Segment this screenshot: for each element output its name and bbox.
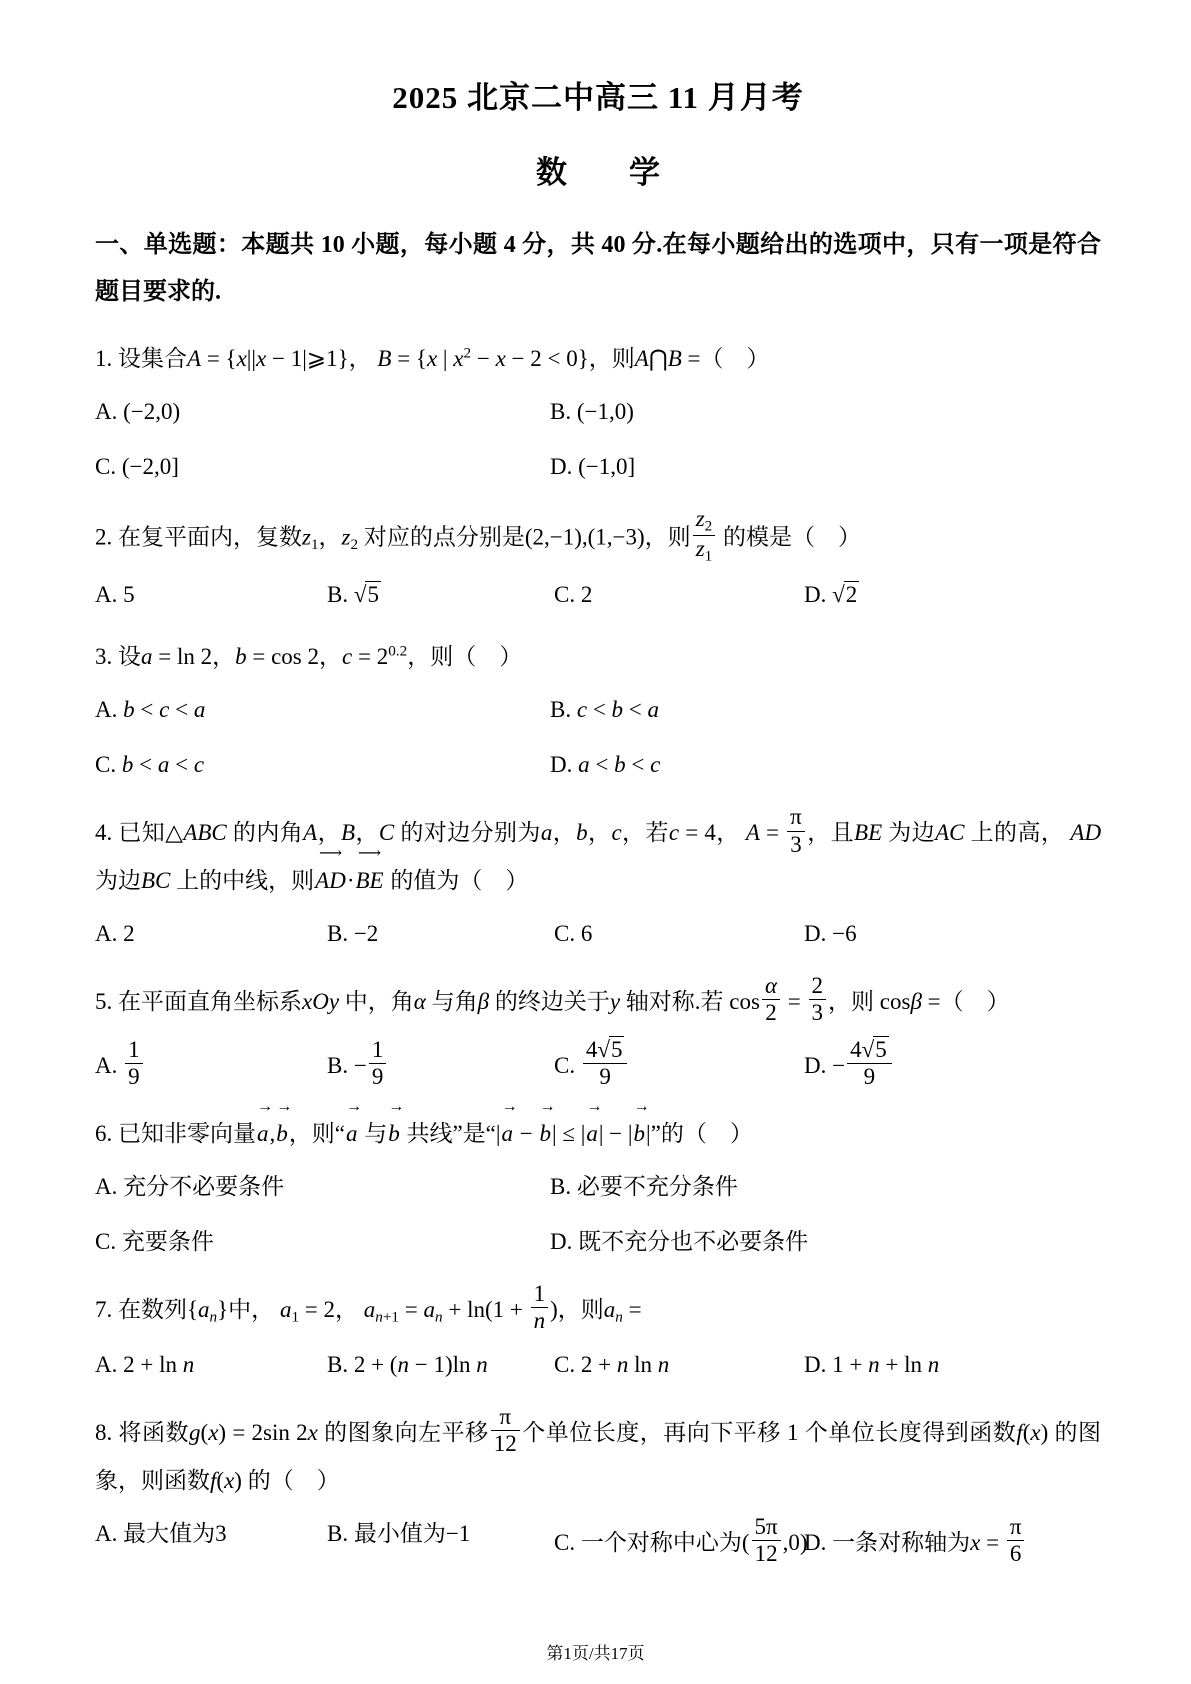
option-b: B. 必要不充分条件: [550, 1167, 1101, 1206]
question-1: 1. 设集合A = {x||x − 1|⩾1}， B = {x | x2 − x…: [95, 336, 1101, 486]
option-d: D. √2: [804, 575, 1101, 614]
question-stem: 3. 设a = ln 2，b = cos 2，c = 20.2，则（ ）: [95, 634, 1101, 680]
question-stem: 7. 在数列{an}中， a1 = 2， an+1 = an + ln(1 + …: [95, 1281, 1101, 1335]
options-grid: A. 2 + ln n B. 2 + (n − 1)ln n C. 2 + n …: [95, 1345, 1101, 1384]
option-d: D. 1 + n + ln n: [804, 1345, 1101, 1384]
option-d: D. (−1,0]: [550, 447, 1101, 486]
exam-page: 2025 北京二中高三 11 月月考 数 学 一、单选题：本题共 10 小题，每…: [0, 0, 1191, 1684]
question-5: 5. 在平面直角坐标系xOy 中，角α 与角β 的终边关于y 轴对称.若 cos…: [95, 973, 1101, 1091]
options-grid: A. 2 B. −2 C. 6 D. −6: [95, 914, 1101, 953]
option-a: A. 19: [95, 1037, 327, 1091]
options-grid: A. 充分不必要条件 B. 必要不充分条件 C. 充要条件 D. 既不充分也不必…: [95, 1167, 1101, 1261]
option-a: A. 2: [95, 914, 327, 953]
option-a: A. 5: [95, 575, 327, 614]
options-grid: A. 19 B. −19 C. 4√59 D. −4√59: [95, 1037, 1101, 1091]
question-stem: 1. 设集合A = {x||x − 1|⩾1}， B = {x | x2 − x…: [95, 336, 1101, 382]
option-d: D. 既不充分也不必要条件: [550, 1222, 1101, 1261]
option-d: D. −4√59: [804, 1037, 1101, 1091]
question-stem: 4. 已知△ABC 的内角A，B，C 的对边分别为a，b，c，若c = 4， A…: [95, 804, 1101, 904]
option-a: A. b < c < a: [95, 690, 550, 729]
question-stem: 8. 将函数g(x) = 2sin 2x 的图象向左平移π12个单位长度，再向下…: [95, 1404, 1101, 1504]
options-grid: A. (−2,0) B. (−1,0) C. (−2,0] D. (−1,0]: [95, 392, 1101, 486]
options-grid: A. 5 B. √5 C. 2 D. √2: [95, 575, 1101, 614]
option-d: D. 一条对称轴为x = π6: [804, 1514, 1101, 1568]
question-stem: 6. 已知非零向量→a,→b，则“→a 与→b 共线”是“|→a − →b| ≤…: [95, 1111, 1101, 1157]
question-2: 2. 在复平面内，复数z1，z2 对应的点分别是(2,−1),(1,−3)，则z…: [95, 506, 1101, 614]
question-6: 6. 已知非零向量→a,→b，则“→a 与→b 共线”是“|→a − →b| ≤…: [95, 1111, 1101, 1261]
option-b: B. (−1,0): [550, 392, 1101, 431]
question-3: 3. 设a = ln 2，b = cos 2，c = 20.2，则（ ） A. …: [95, 634, 1101, 784]
section-header: 一、单选题：本题共 10 小题，每小题 4 分，共 40 分.在每小题给出的选项…: [95, 222, 1101, 316]
option-a: A. 充分不必要条件: [95, 1167, 550, 1206]
page-number: 第1页/共17页: [0, 1639, 1191, 1664]
option-c: C. 6: [554, 914, 804, 953]
option-c: C. 一个对称中心为(5π12,0): [554, 1514, 804, 1568]
option-d: D. −6: [804, 914, 1101, 953]
question-4: 4. 已知△ABC 的内角A，B，C 的对边分别为a，b，c，若c = 4， A…: [95, 804, 1101, 953]
option-a: A. 2 + ln n: [95, 1345, 327, 1384]
option-c: C. 充要条件: [95, 1222, 550, 1261]
options-grid: A. b < c < a B. c < b < a C. b < a < c D…: [95, 690, 1101, 784]
option-b: B. c < b < a: [550, 690, 1101, 729]
option-c: C. 2 + n ln n: [554, 1345, 804, 1384]
question-stem: 5. 在平面直角坐标系xOy 中，角α 与角β 的终边关于y 轴对称.若 cos…: [95, 973, 1101, 1027]
option-a: A. (−2,0): [95, 392, 550, 431]
option-b: B. √5: [327, 575, 554, 614]
option-b: B. −19: [327, 1037, 554, 1091]
subject-title: 数 学: [95, 147, 1101, 192]
option-a: A. 最大值为3: [95, 1514, 327, 1568]
option-d: D. a < b < c: [550, 745, 1101, 784]
option-c: C. (−2,0]: [95, 447, 550, 486]
page-title: 2025 北京二中高三 11 月月考: [95, 72, 1101, 117]
option-b: B. 最小值为−1: [327, 1514, 554, 1568]
question-7: 7. 在数列{an}中， a1 = 2， an+1 = an + ln(1 + …: [95, 1281, 1101, 1384]
option-c: C. b < a < c: [95, 745, 550, 784]
option-b: B. −2: [327, 914, 554, 953]
options-grid: A. 最大值为3 B. 最小值为−1 C. 一个对称中心为(5π12,0) D.…: [95, 1514, 1101, 1568]
question-8: 8. 将函数g(x) = 2sin 2x 的图象向左平移π12个单位长度，再向下…: [95, 1404, 1101, 1568]
question-stem: 2. 在复平面内，复数z1，z2 对应的点分别是(2,−1),(1,−3)，则z…: [95, 506, 1101, 565]
option-c: C. 2: [554, 575, 804, 614]
option-c: C. 4√59: [554, 1037, 804, 1091]
option-b: B. 2 + (n − 1)ln n: [327, 1345, 554, 1384]
